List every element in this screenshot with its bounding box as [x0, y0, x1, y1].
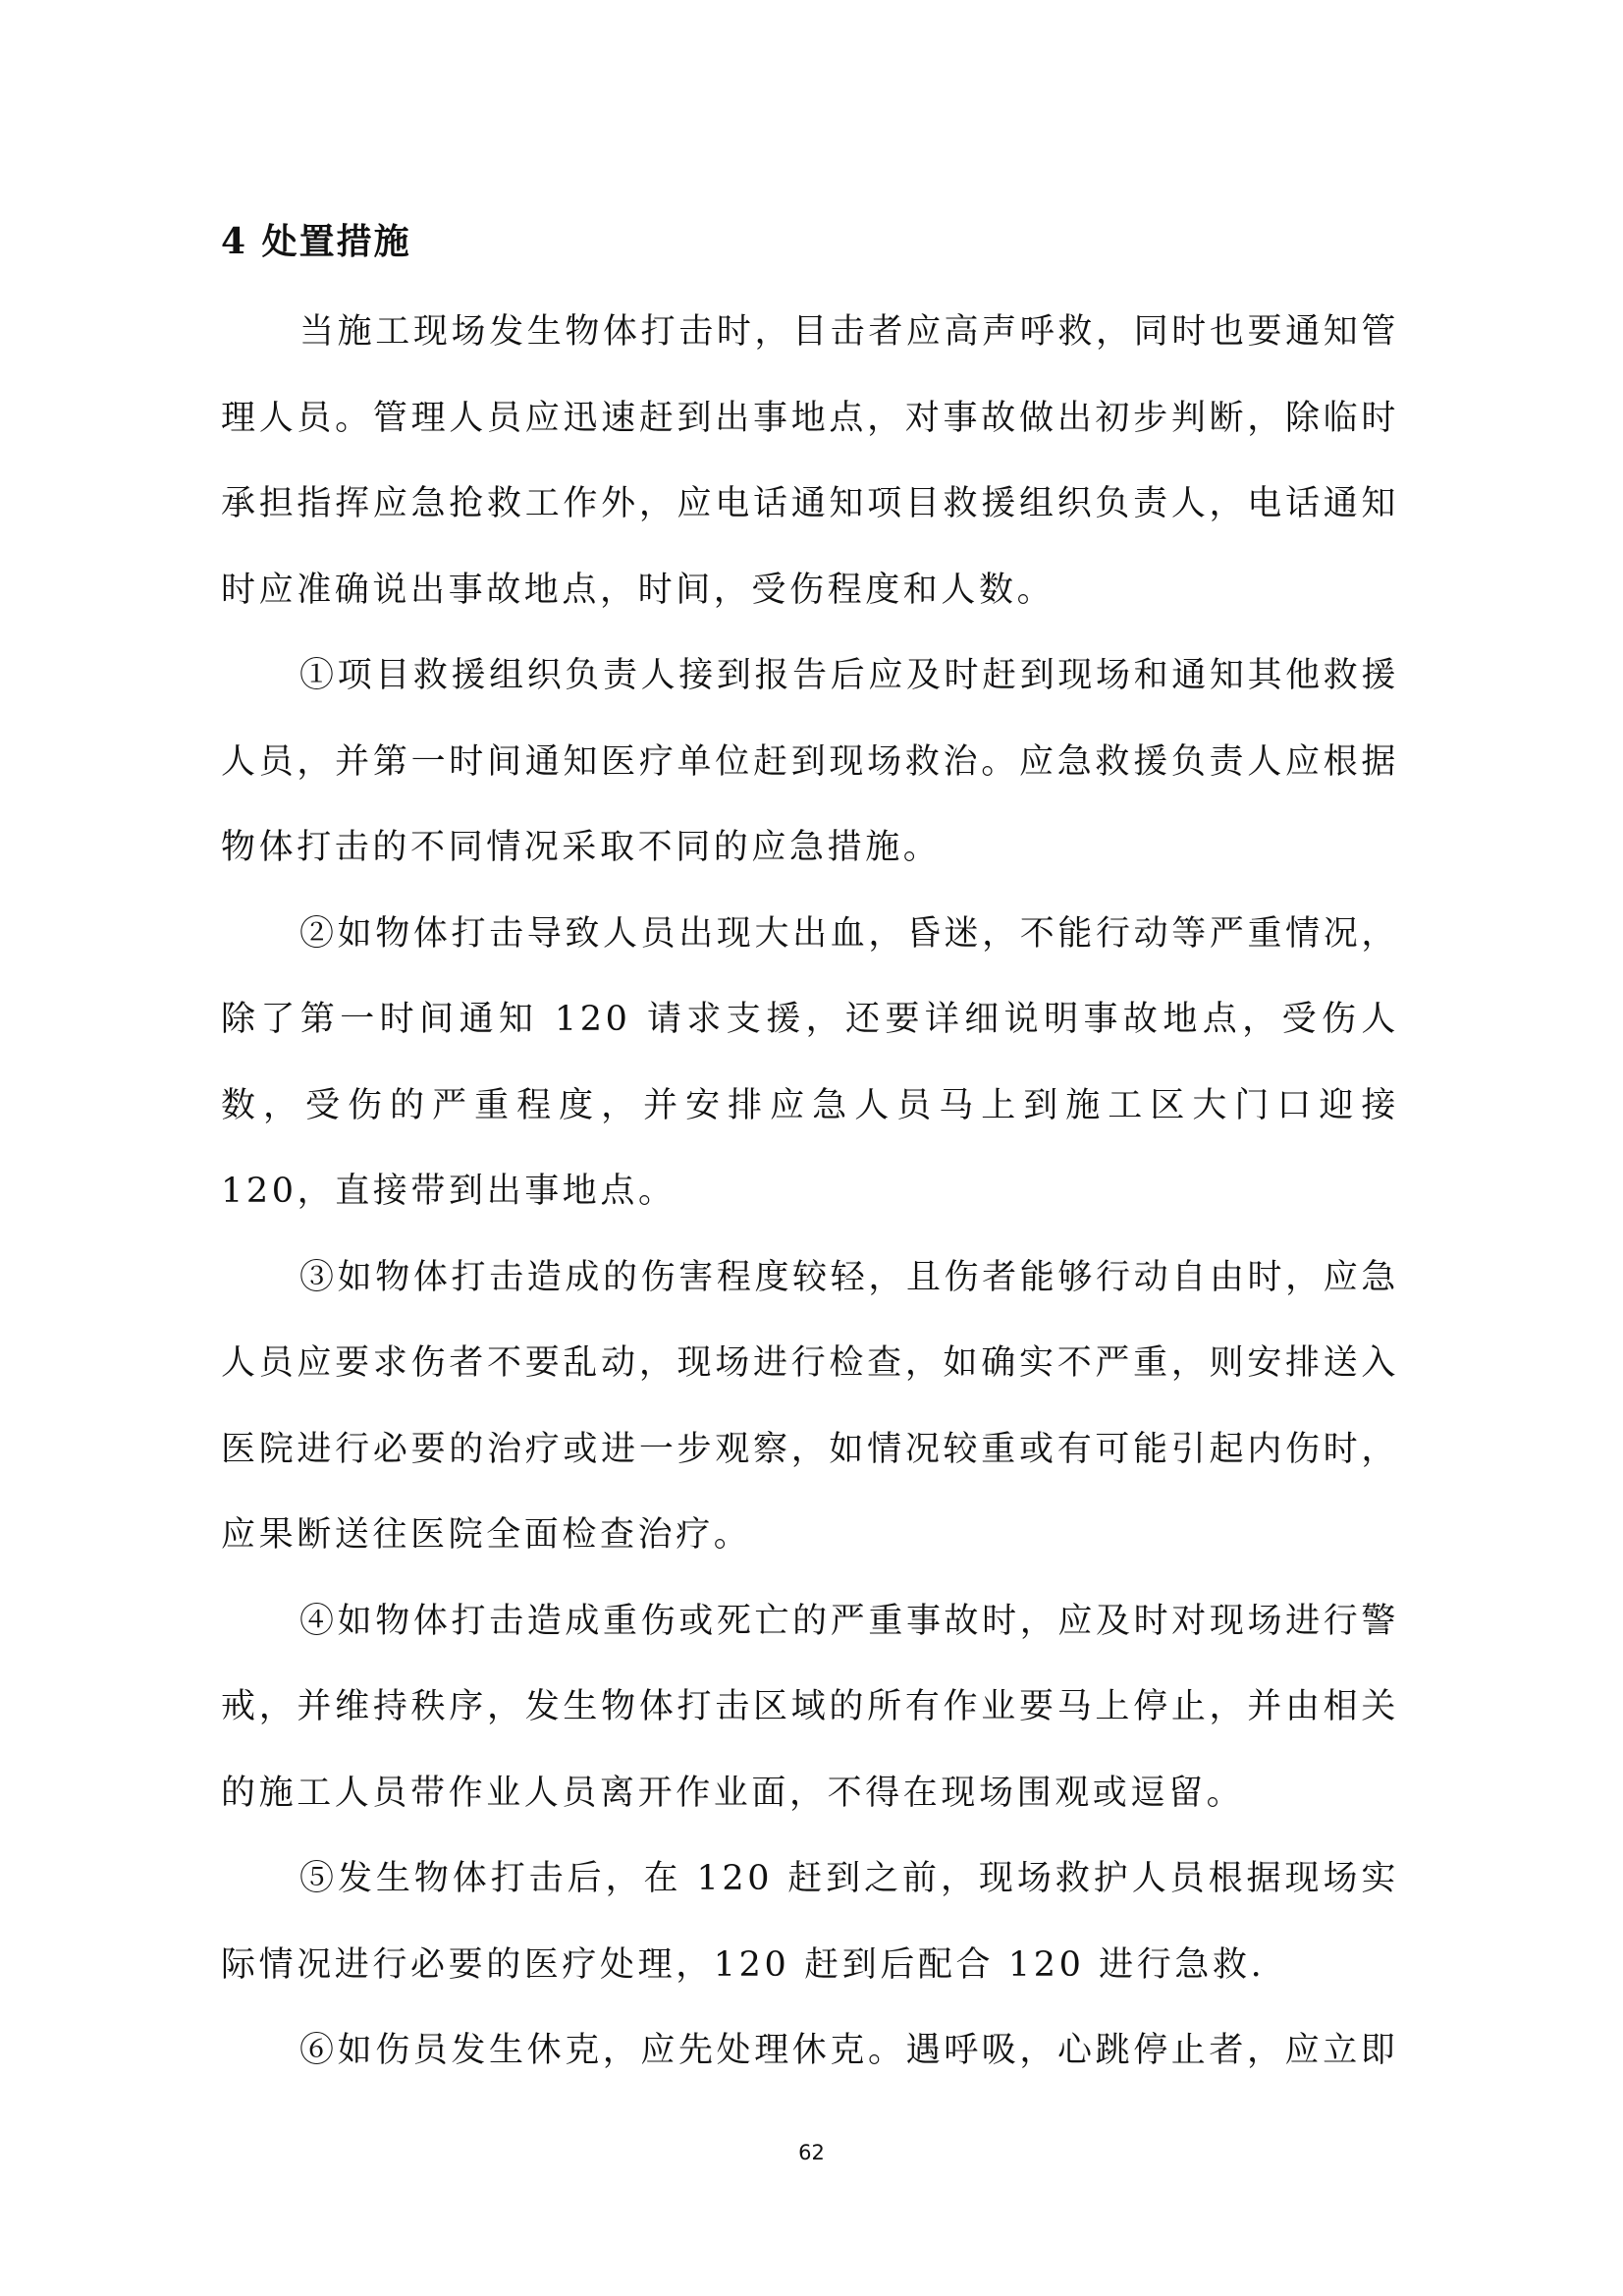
- body-text: 当施工现场发生物体打击时，目击者应高声呼救，同时也要通知管理人员。管理人员应迅速…: [221, 290, 1399, 2095]
- paragraph-item-1: ①项目救援组织负责人接到报告后应及时赶到现场和通知其他救援人员，并第一时间通知医…: [221, 633, 1399, 892]
- page-number: 62: [0, 2141, 1623, 2164]
- section-heading: 4 处置措施: [221, 218, 411, 265]
- paragraph-intro: 当施工现场发生物体打击时，目击者应高声呼救，同时也要通知管理人员。管理人员应迅速…: [221, 290, 1399, 633]
- paragraph-item-4: ④如物体打击造成重伤或死亡的严重事故时，应及时对现场进行警戒，并维持秩序，发生物…: [221, 1579, 1399, 1837]
- document-page: 4 处置措施 当施工现场发生物体打击时，目击者应高声呼救，同时也要通知管理人员。…: [0, 0, 1623, 2296]
- paragraph-item-3: ③如物体打击造成的伤害程度较轻，且伤者能够行动自由时，应急人员应要求伤者不要乱动…: [221, 1235, 1399, 1579]
- paragraph-item-5: ⑤发生物体打击后，在 120 赶到之前，现场救护人员根据现场实际情况进行必要的医…: [221, 1836, 1399, 2008]
- paragraph-item-2: ②如物体打击导致人员出现大出血，昏迷，不能行动等严重情况，除了第一时间通知 12…: [221, 892, 1399, 1235]
- paragraph-item-6: ⑥如伤员发生休克，应先处理休克。遇呼吸，心跳停止者，应立即: [221, 2008, 1399, 2095]
